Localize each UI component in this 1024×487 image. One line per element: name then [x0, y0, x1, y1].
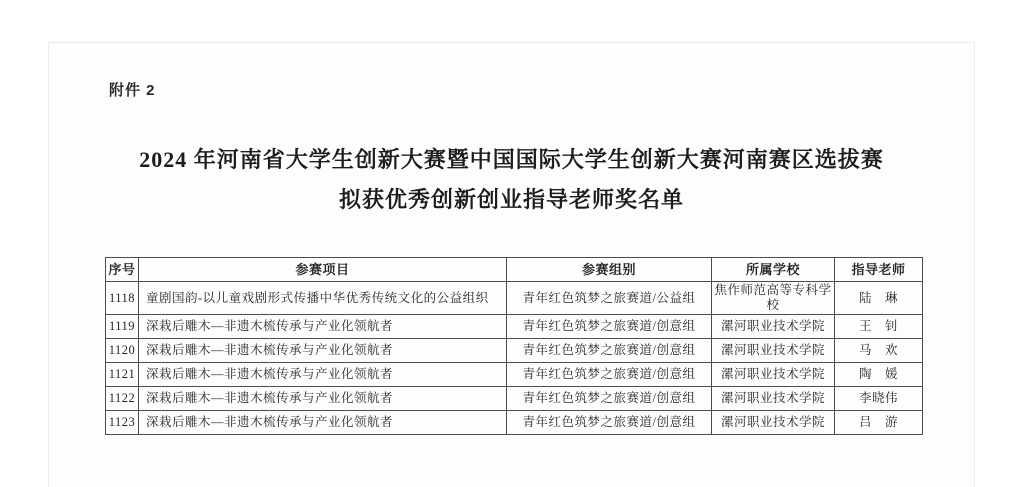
cell-serial: 1120 — [106, 339, 139, 363]
cell-serial: 1119 — [106, 315, 139, 339]
table-row: 1122 深栽后雕木—非遗木梳传承与产业化领航者 青年红色筑梦之旅赛道/创意组 … — [106, 387, 923, 411]
cell-group: 青年红色筑梦之旅赛道/创意组 — [507, 315, 712, 339]
table-row: 1123 深栽后雕木—非遗木梳传承与产业化领航者 青年红色筑梦之旅赛道/创意组 … — [106, 411, 923, 435]
cell-project: 深栽后雕木—非遗木梳传承与产业化领航者 — [139, 315, 507, 339]
document-title: 2024 年河南省大学生创新大赛暨中国国际大学生创新大赛河南赛区选拔赛 拟获优秀… — [49, 140, 974, 220]
header-teacher: 指导老师 — [835, 258, 923, 282]
cell-project: 深栽后雕木—非遗木梳传承与产业化领航者 — [139, 339, 507, 363]
table-row: 1120 深栽后雕木—非遗木梳传承与产业化领航者 青年红色筑梦之旅赛道/创意组 … — [106, 339, 923, 363]
cell-project: 深栽后雕木—非遗木梳传承与产业化领航者 — [139, 363, 507, 387]
cell-teacher: 李晓伟 — [835, 387, 923, 411]
cell-teacher: 马 欢 — [835, 339, 923, 363]
award-table: 序号 参赛项目 参赛组别 所属学校 指导老师 1118 童剧国韵-以儿童戏剧形式… — [105, 257, 923, 435]
cell-project: 深栽后雕木—非遗木梳传承与产业化领航者 — [139, 387, 507, 411]
cell-serial: 1118 — [106, 282, 139, 315]
cell-school: 漯河职业技术学院 — [712, 315, 835, 339]
cell-school: 漯河职业技术学院 — [712, 339, 835, 363]
document-page: 附件 2 2024 年河南省大学生创新大赛暨中国国际大学生创新大赛河南赛区选拔赛… — [48, 42, 975, 487]
header-group: 参赛组别 — [507, 258, 712, 282]
cell-teacher: 陆 琳 — [835, 282, 923, 315]
cell-serial: 1122 — [106, 387, 139, 411]
cell-school: 漯河职业技术学院 — [712, 387, 835, 411]
table-row: 1121 深栽后雕木—非遗木梳传承与产业化领航者 青年红色筑梦之旅赛道/创意组 … — [106, 363, 923, 387]
cell-project: 深栽后雕木—非遗木梳传承与产业化领航者 — [139, 411, 507, 435]
attachment-label: 附件 2 — [109, 79, 156, 100]
cell-group: 青年红色筑梦之旅赛道/创意组 — [507, 363, 712, 387]
cell-school: 漯河职业技术学院 — [712, 411, 835, 435]
cell-teacher: 王 钊 — [835, 315, 923, 339]
cell-group: 青年红色筑梦之旅赛道/公益组 — [507, 282, 712, 315]
cell-group: 青年红色筑梦之旅赛道/创意组 — [507, 339, 712, 363]
title-line-2: 拟获优秀创新创业指导老师奖名单 — [49, 180, 974, 220]
title-line-1: 2024 年河南省大学生创新大赛暨中国国际大学生创新大赛河南赛区选拔赛 — [49, 140, 974, 180]
table-row: 1119 深栽后雕木—非遗木梳传承与产业化领航者 青年红色筑梦之旅赛道/创意组 … — [106, 315, 923, 339]
cell-group: 青年红色筑梦之旅赛道/创意组 — [507, 387, 712, 411]
cell-school: 漯河职业技术学院 — [712, 363, 835, 387]
cell-group: 青年红色筑梦之旅赛道/创意组 — [507, 411, 712, 435]
cell-teacher: 吕 游 — [835, 411, 923, 435]
cell-school: 焦作师范高等专科学校 — [712, 282, 835, 315]
table-header-row: 序号 参赛项目 参赛组别 所属学校 指导老师 — [106, 258, 923, 282]
header-serial: 序号 — [106, 258, 139, 282]
document-canvas: 附件 2 2024 年河南省大学生创新大赛暨中国国际大学生创新大赛河南赛区选拔赛… — [0, 0, 1024, 487]
table-row: 1118 童剧国韵-以儿童戏剧形式传播中华优秀传统文化的公益组织 青年红色筑梦之… — [106, 282, 923, 315]
cell-serial: 1121 — [106, 363, 139, 387]
cell-project: 童剧国韵-以儿童戏剧形式传播中华优秀传统文化的公益组织 — [139, 282, 507, 315]
header-school: 所属学校 — [712, 258, 835, 282]
cell-serial: 1123 — [106, 411, 139, 435]
header-project: 参赛项目 — [139, 258, 507, 282]
cell-teacher: 陶 媛 — [835, 363, 923, 387]
